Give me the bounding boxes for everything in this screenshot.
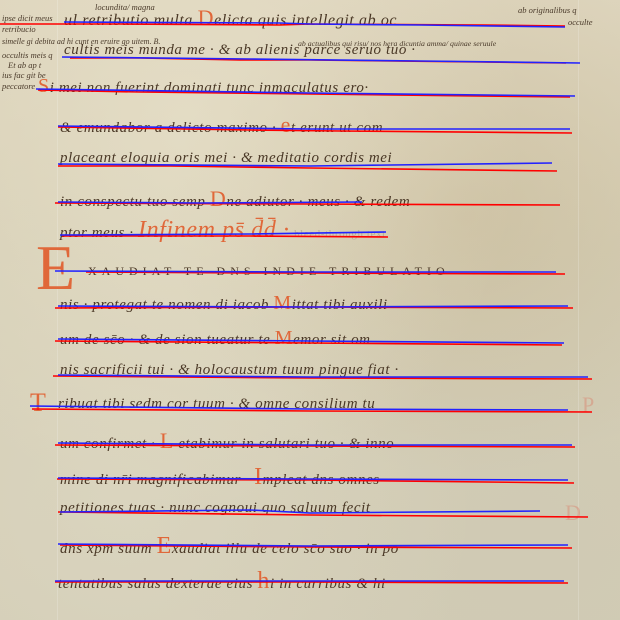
text-line-16: dns xp̄m suum Exaudiat illu de celo sc̄o… (60, 533, 399, 560)
initial-e: E (36, 236, 75, 300)
text-line-9: nis · protegat te nomen di iacob Mittat … (60, 292, 388, 315)
gloss: retribucio (2, 24, 36, 34)
gloss: ab originalibus q (518, 5, 577, 15)
text-line-11: nis sacrificii tui · & holocaustum tuum … (60, 362, 399, 379)
text-line-17: tentatibus salus dexterae eius hi in cur… (58, 568, 386, 595)
gloss: occultis meis q (2, 50, 53, 60)
margin-mark: D (565, 500, 581, 526)
text-line-3: Si mei non fuerint dominati tunc inmacul… (38, 75, 369, 98)
text-line-15: petitiones tuas · nunc cognoui quo saluu… (60, 500, 371, 517)
text-line-4: & emundabor a delicto maximo · et erunt … (60, 112, 383, 138)
text-line-13: um confirmet · L etabimur in salutari tu… (60, 428, 394, 454)
text-line-12: ribuat tibi sedm cor tuum · & omne consi… (58, 396, 375, 413)
bleed-through-text: bleed-through text (294, 228, 386, 240)
text-line-1: ul retributio multa Delicta quis intelle… (64, 5, 397, 31)
text-line-7: ptor meus · Infinem ps̄ d̄d̄ · bleed-thr… (60, 217, 386, 244)
text-line-5: placeant eloquia oris mei · & meditatio … (60, 150, 392, 167)
initial-t: T (30, 390, 46, 416)
gloss: ipse dicit meus (2, 13, 53, 23)
text-line-6: in conspectu tuo semp Dne adiutor · meus… (60, 186, 410, 212)
text-line-2: cultis meis munda me · & ab alienis parc… (64, 42, 416, 59)
text-line-14: mine di nr̄i magnificabimur · Impleat dn… (60, 464, 380, 491)
gloss: Et ab ap t (8, 60, 41, 70)
margin-mark: P (582, 392, 594, 418)
gloss: occulte (568, 17, 593, 27)
text-line-8: XAUDIAT TE DNS INDIE TRIBULATIO (88, 264, 450, 279)
ruling-line-right (578, 0, 579, 620)
text-line-10: um de sc̄o · & de sion tueatur te Memor … (60, 327, 371, 350)
gloss: peccatore (2, 81, 35, 91)
